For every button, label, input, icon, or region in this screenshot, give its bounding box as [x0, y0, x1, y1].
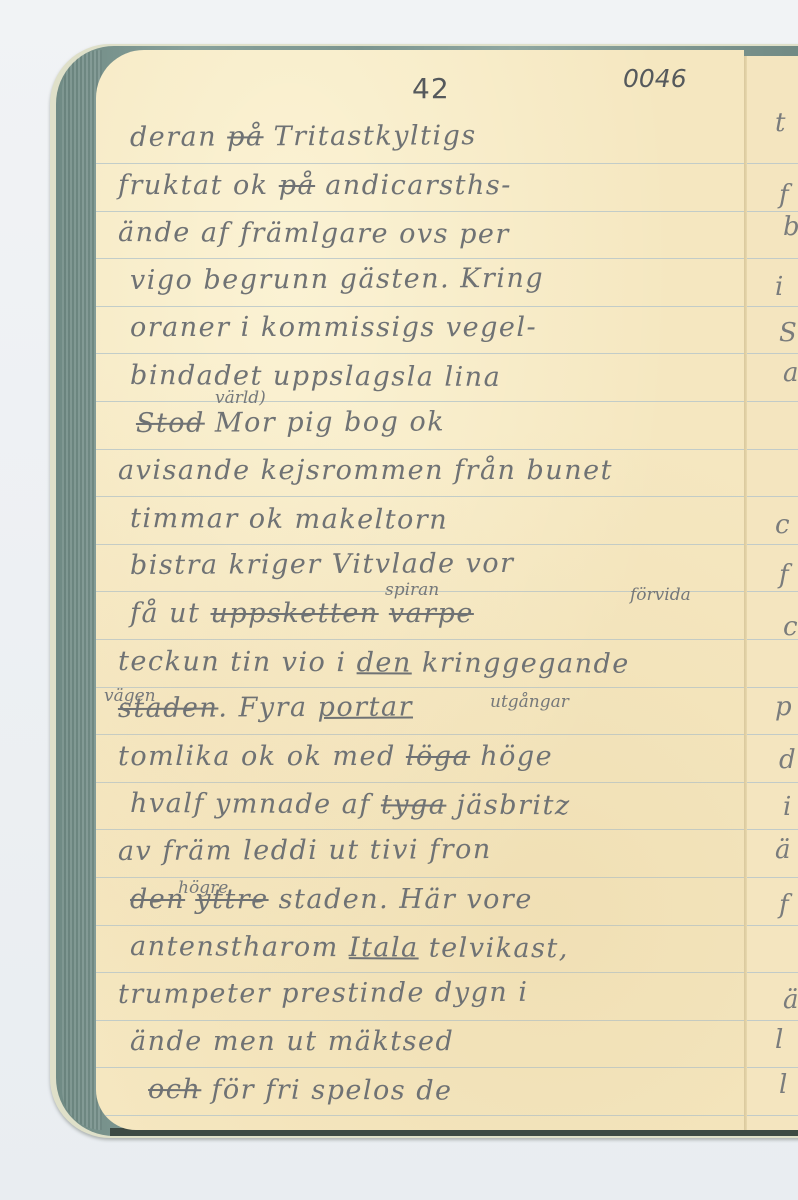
handwritten-line: Stod Mor pig bog ok	[136, 406, 445, 439]
ruled-line	[747, 1067, 798, 1068]
ruled-line	[747, 258, 798, 259]
ruled-line	[96, 496, 744, 497]
handwritten-word: fruktat ok	[118, 170, 279, 201]
ruled-line	[747, 687, 798, 688]
struck-word: löga	[406, 741, 470, 772]
archive-number: 0046	[623, 64, 687, 93]
ruled-line	[747, 734, 798, 735]
handwritten-word: teckun tin vio i	[118, 646, 357, 678]
handwritten-line: och för fri spelos de	[148, 1074, 453, 1107]
handwritten-line: av främ leddi ut tivi fron	[118, 834, 492, 867]
handwritten-line: tomlika ok ok med löga höge	[118, 741, 553, 772]
handwritten-line: oraner i kommissigs vegel-	[130, 312, 537, 343]
handwritten-word: timmar ok makeltorn	[130, 503, 448, 536]
handwritten-word: hvalf ymnade af	[130, 788, 381, 820]
facing-page-fragment: i	[783, 792, 791, 822]
ruled-line	[747, 782, 798, 783]
handwritten-line: timmar ok makeltorn	[130, 503, 448, 536]
struck-word: på	[279, 170, 315, 201]
facing-page-fragment: S	[779, 318, 797, 348]
ruled-line	[96, 306, 744, 307]
handwritten-word: jäsbritz	[446, 790, 570, 822]
ruled-line	[96, 1067, 744, 1068]
facing-page-fragment: a	[783, 358, 798, 388]
struck-word: tyga	[381, 790, 447, 821]
interlinear-insertion: utgångar	[490, 692, 569, 712]
handwritten-word: få ut	[130, 598, 211, 629]
struck-word: uppsketten	[211, 598, 379, 629]
ruled-line	[747, 829, 798, 830]
handwritten-word: ände af främlgare ovs per	[118, 217, 510, 250]
handwritten-word: av främ leddi ut tivi fron	[118, 834, 492, 867]
ruled-line	[747, 877, 798, 878]
facing-page-fragment: f	[779, 890, 789, 920]
handwritten-word: kringgegande	[412, 647, 630, 679]
ruled-line	[96, 687, 744, 688]
facing-page-fragment: i	[775, 272, 783, 302]
handwritten-line: ände men ut mäktsed	[130, 1026, 454, 1057]
handwritten-word: för fri spelos de	[201, 1074, 452, 1106]
struck-word: och	[148, 1074, 201, 1105]
ruled-line	[96, 353, 744, 354]
handwritten-line: staden. Fyra portar	[118, 692, 413, 725]
ruled-line	[96, 829, 744, 830]
facing-page-fragment: f	[779, 560, 789, 590]
ruled-line	[96, 544, 744, 545]
handwritten-word: bistra kriger Vitvlade vor	[130, 548, 515, 581]
ruled-line	[747, 1020, 798, 1021]
handwritten-word: deran	[130, 121, 227, 153]
struck-word: Stod	[136, 407, 205, 438]
interlinear-insertion: värld)	[215, 388, 266, 408]
ruled-line	[96, 734, 744, 735]
facing-page-fragment: c	[783, 612, 798, 642]
ruled-line	[747, 544, 798, 545]
ruled-line	[96, 782, 744, 783]
ruled-line	[747, 972, 798, 973]
handwritten-line: få ut uppsketten varpe	[130, 598, 474, 629]
handwritten-line: bistra kriger Vitvlade vor	[130, 548, 515, 581]
facing-page-fragment: f	[779, 180, 789, 210]
facing-page-fragment: l	[775, 1025, 783, 1055]
ruled-line	[747, 449, 798, 450]
handwritten-word: ände men ut mäktsed	[130, 1026, 454, 1057]
handwritten-line: hvalf ymnade af tyga jäsbritz	[130, 788, 571, 821]
handwritten-word: vigo begrunn gästen. Kring	[130, 263, 544, 296]
handwritten-line: deran på Tritastkyltigs	[130, 120, 477, 153]
handwritten-word: andicarsths-	[315, 170, 512, 201]
interlinear-insertion: vägen	[104, 686, 156, 706]
ruled-line	[96, 449, 744, 450]
handwritten-word: antenstharom	[130, 931, 349, 963]
facing-page-fragment: ä	[775, 835, 791, 865]
ruled-line	[747, 163, 798, 164]
handwritten-line: ände af främlgare ovs per	[118, 217, 510, 250]
handwritten-line: vigo begrunn gästen. Kring	[130, 263, 544, 296]
page-number: 42	[412, 72, 450, 105]
underlined-word: den	[357, 647, 412, 678]
handwritten-word: avisande kejsrommen från bunet	[118, 455, 613, 486]
facing-page-fragment: ä	[783, 985, 798, 1015]
underlined-word: portar	[318, 692, 413, 723]
notebook-photo: 42 0046 deran på Tritastkyltigsfruktat o…	[0, 0, 798, 1200]
ruled-line	[747, 401, 798, 402]
handwritten-word: Mor pig bog ok	[205, 406, 445, 438]
ruled-line	[96, 1115, 744, 1116]
handwritten-word: tomlika ok ok med	[118, 741, 406, 772]
facing-page-fragment: t	[775, 108, 785, 138]
facing-page-fragment: p	[775, 692, 792, 722]
handwritten-line: fruktat ok på andicarsths-	[118, 170, 512, 201]
ruled-line	[747, 306, 798, 307]
handwritten-line: avisande kejsrommen från bunet	[118, 455, 613, 486]
ruled-line	[96, 211, 744, 212]
ruled-line	[96, 401, 744, 402]
ruled-line	[747, 1115, 798, 1116]
handwritten-word: trumpeter prestinde dygn i	[118, 977, 529, 1010]
handwritten-line: bindadet uppslagsla lina	[130, 360, 501, 393]
struck-word: den	[130, 884, 185, 915]
handwritten-line: trumpeter prestinde dygn i	[118, 977, 529, 1010]
handwritten-word: telvikast,	[419, 933, 569, 965]
handwritten-word: staden. Här vore	[269, 884, 533, 915]
ruled-line	[96, 639, 744, 640]
ruled-line	[747, 496, 798, 497]
interlinear-insertion: spiran	[385, 580, 439, 600]
ruled-line	[96, 1020, 744, 1021]
struck-word: på	[227, 121, 264, 152]
handwritten-word: bindadet uppslagsla lina	[130, 360, 501, 393]
handwritten-word: höge	[470, 741, 553, 772]
handwritten-word: oraner i kommissigs vegel-	[130, 312, 537, 343]
ruled-line	[747, 925, 798, 926]
facing-page-fragment: d	[779, 745, 796, 775]
ruled-line	[747, 591, 798, 592]
interlinear-insertion: förvida	[630, 585, 691, 605]
ruled-line	[96, 163, 744, 164]
facing-page-fragment: ba	[783, 212, 798, 242]
handwritten-word: . Fyra	[218, 692, 317, 724]
handwritten-line: antenstharom Itala telvikast,	[130, 931, 569, 964]
ruled-line	[96, 258, 744, 259]
facing-page-fragment: l	[779, 1070, 787, 1100]
facing-page-fragment: c	[775, 510, 790, 540]
underlined-word: Itala	[349, 932, 419, 963]
ruled-line	[96, 972, 744, 973]
ruled-line	[747, 353, 798, 354]
handwritten-word: Tritastkyltigs	[263, 120, 476, 152]
struck-word: varpe	[389, 598, 474, 629]
ruled-line	[96, 925, 744, 926]
interlinear-insertion: högre	[178, 878, 228, 898]
handwritten-line: teckun tin vio i den kringgegande	[118, 646, 630, 680]
handwritten-word	[379, 598, 389, 629]
